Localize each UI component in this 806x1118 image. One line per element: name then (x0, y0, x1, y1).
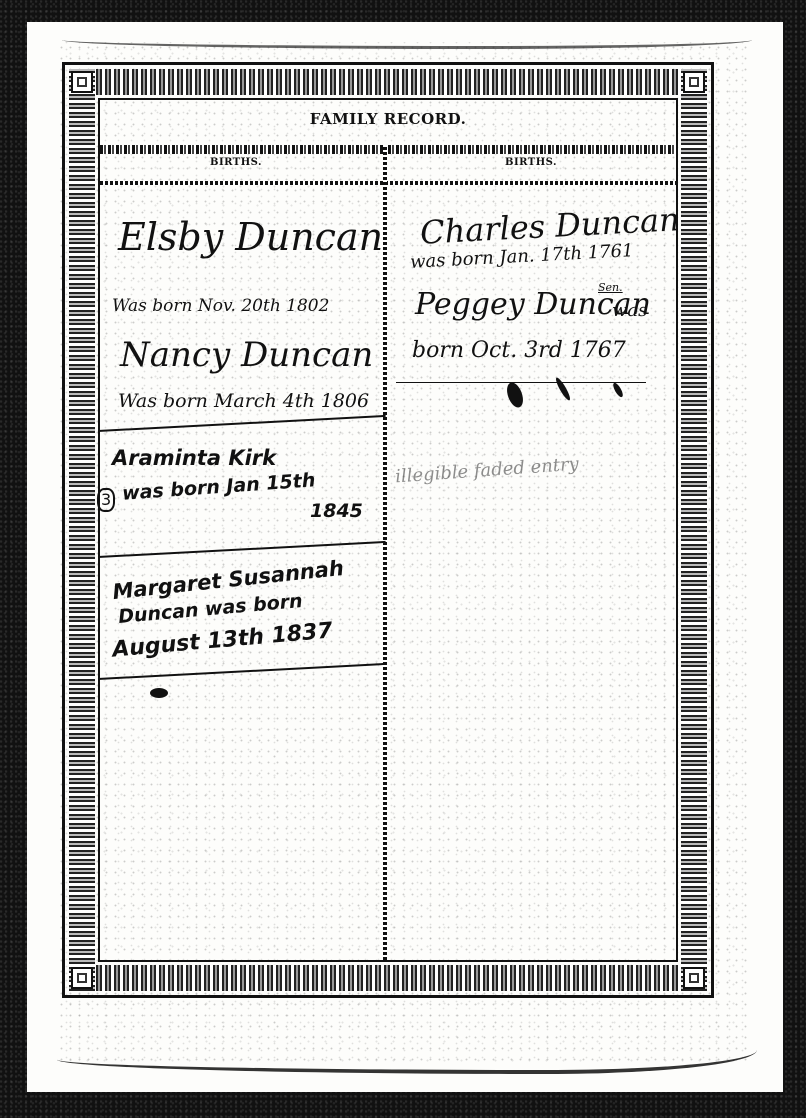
header-ornament-rule (100, 145, 676, 154)
column-divider (383, 145, 387, 960)
entry-birth-date: Was born Nov. 20th 1802 (112, 298, 329, 315)
corner-ornament-icon (683, 967, 705, 989)
corner-ornament-icon (71, 71, 93, 93)
entry-annotation: Sen. (598, 282, 623, 293)
column-header-right: BIRTHS. (505, 157, 557, 168)
entry-name: Nancy Duncan (120, 338, 373, 372)
ornamental-frame: FAMILY RECORD. BIRTHS. BIRTHS. (62, 62, 714, 998)
corner-ornament-icon (71, 967, 93, 989)
page-title: FAMILY RECORD. (65, 110, 711, 128)
entry-birth-text: was (612, 302, 647, 320)
entry-separator (396, 382, 646, 383)
entry-birth-date: born Oct. 3rd 1767 (412, 340, 626, 362)
entry-birth-date: Was born March 4th 1806 (118, 392, 369, 411)
entry-name: Elsby Duncan (118, 218, 383, 256)
column-header-left: BIRTHS. (210, 157, 262, 168)
entry-name: Araminta Kirk (112, 448, 276, 469)
ink-blot (150, 688, 168, 698)
header-wavy-rule (100, 181, 676, 185)
torn-bottom-edge (57, 1050, 757, 1074)
frame-band-right (681, 69, 707, 991)
frame-band-top (69, 69, 707, 95)
frame-band-left (69, 69, 95, 991)
entry-birth-year: 1845 (310, 502, 363, 521)
frame-band-bottom (69, 965, 707, 991)
corner-ornament-icon (683, 71, 705, 93)
margin-note: 3 (97, 488, 115, 512)
